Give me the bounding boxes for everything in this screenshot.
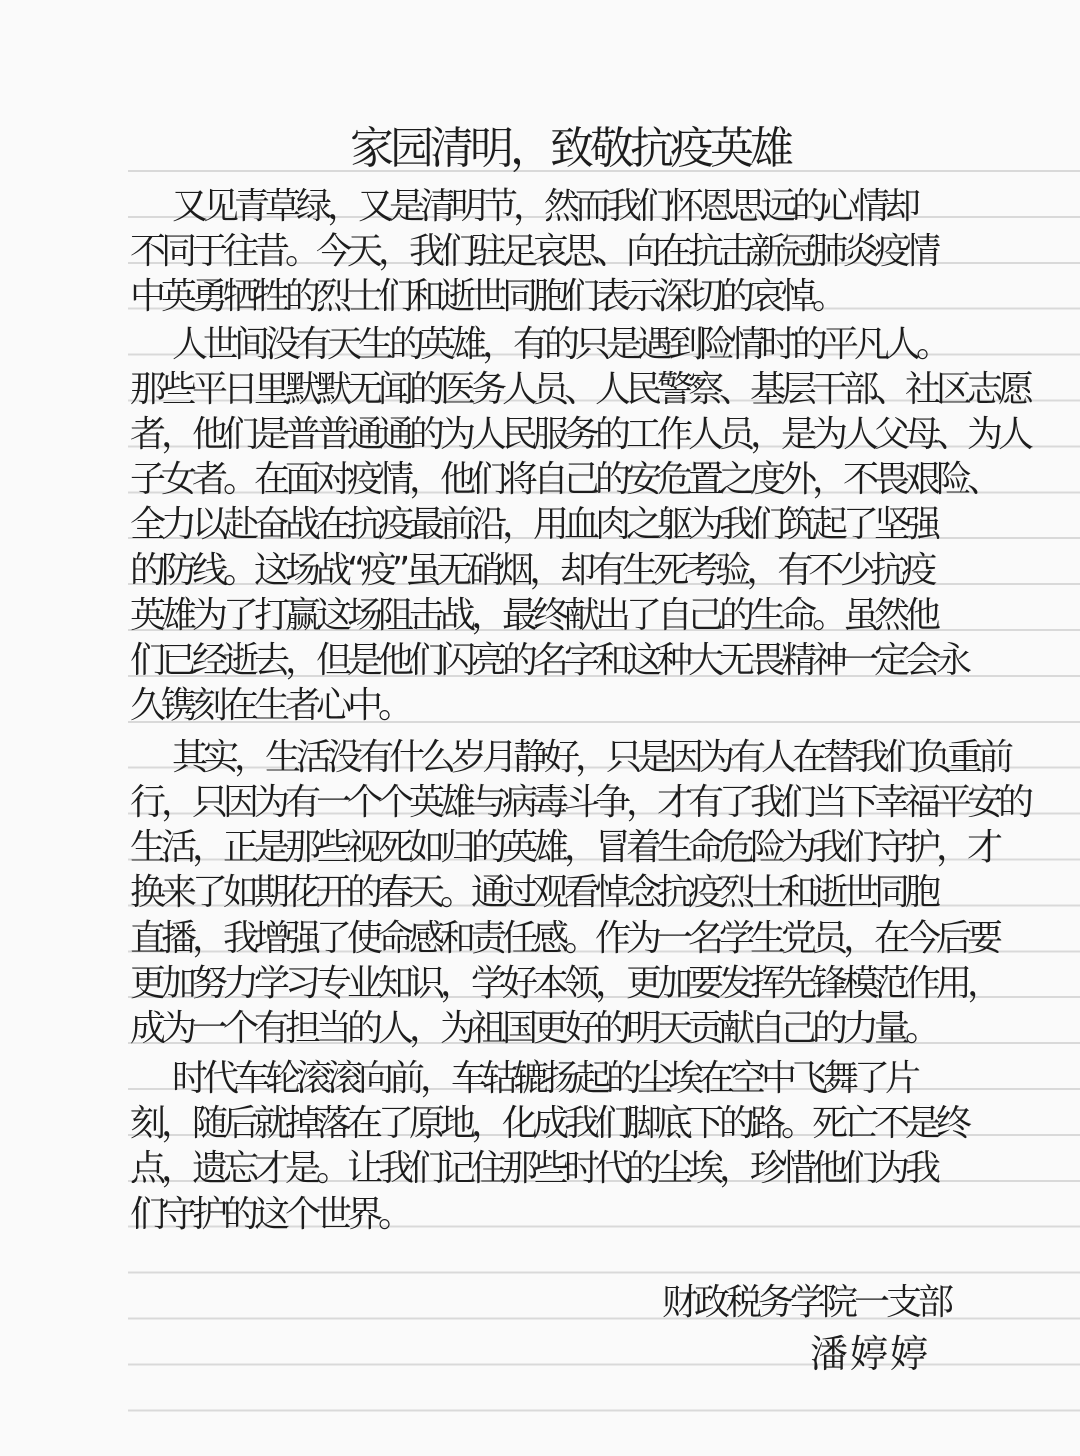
text-line: 子女者。在面对疫情，他们将自己的安危置之度外，不畏艰险、 (130, 457, 998, 502)
essay-title: 家园清明，致敬抗疫英雄 (30, 112, 1080, 176)
text-line: 更加努力学习专业知识，学好本领，更加要发挥先锋模范作用， (130, 961, 998, 1006)
text-line: 久镌刻在生者心中。 (130, 683, 409, 728)
text-line: 人世间没有天生的英雄，有的只是遇到险情时的平凡人。 (172, 322, 947, 367)
text-line: 成为一个有担当的人，为祖国更好的明天贡献自己的力量。 (130, 1006, 936, 1051)
text-line: 不同于往昔。今天，我们驻足哀思、向在抗击新冠肺炎疫情 (130, 229, 936, 274)
notebook-page: 家园清明，致敬抗疫英雄 又见青草绿，又是清明节，然而我们怀恩思远的心情却 不同于… (0, 0, 1080, 1456)
text-line: 英雄为了打赢这场阻击战，最终献出了自己的生命。虽然他 (130, 593, 936, 638)
text-line: 点，遗忘才是。让我们记住那些时代的尘埃，珍惜他们为我 (130, 1146, 936, 1191)
text-line: 生活，正是那些视死如归的英雄，冒着生命危险为我们守护，才 (130, 825, 998, 870)
text-line: 们守护的这个世界。 (130, 1192, 409, 1237)
text-line: 的防线。这场战“疫”虽无硝烟，却有生死考验，有不少抗疫 (130, 548, 932, 593)
text-line: 时代车轮滚滚向前，车轱辘扬起的尘埃在空中飞舞了片 (172, 1056, 916, 1101)
text-line: 全力以赴奋战在抗疫最前沿，用血肉之躯为我们筑起了坚强 (130, 502, 936, 547)
text-line: 那些平日里默默无闻的医务人员、人民警察、基层干部、社区志愿 (130, 367, 1029, 412)
signature-organization: 财政税务学院一支部 (662, 1280, 950, 1326)
text-line: 们已经逝去，但是他们闪亮的名字和这种大无畏精神一定会永 (130, 638, 967, 683)
text-line: 其实，生活没有什么岁月静好，只是因为有人在替我们负重前 (172, 735, 1009, 780)
text-line: 行，只因为有一个个英雄与病毒斗争，才有了我们当下幸福平安的 (130, 780, 1029, 825)
text-line: 换来了如期花开的春天。通过观看悼念抗疫烈士和逝世同胞 (130, 870, 936, 915)
text-line: 又见青草绿，又是清明节，然而我们怀恩思远的心情却 (172, 184, 916, 229)
text-line: 直播，我增强了使命感和责任感。作为一名学生党员，在今后要 (130, 916, 998, 961)
text-line: 刻，随后就掉落在了原地，化成我们脚底下的路。死亡不是终 (130, 1101, 967, 1146)
text-line: 中英勇牺牲的烈士们和逝世同胞们表示深切的哀悼。 (130, 274, 843, 319)
text-line: 者，他们是普普通通的为人民服务的工作人员，是为人父母、为人 (130, 412, 1029, 457)
signature-name: 潘婷婷 (810, 1331, 930, 1377)
